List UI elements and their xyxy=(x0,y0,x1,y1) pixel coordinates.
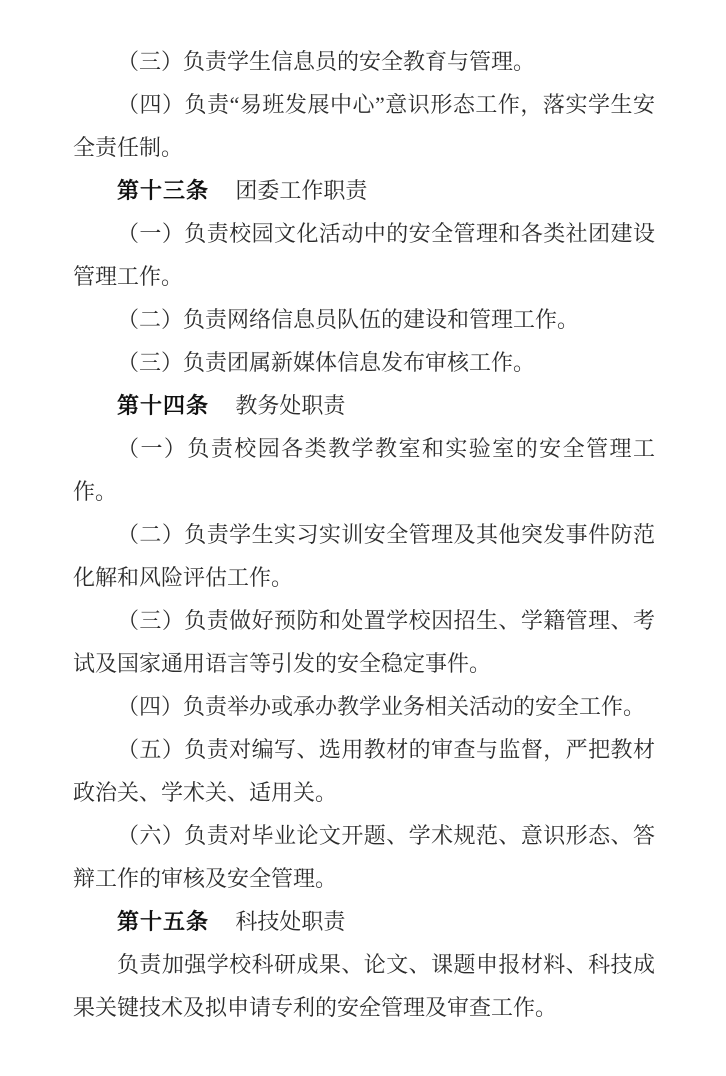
article-number: 第十三条 xyxy=(117,178,209,203)
body-paragraph: （二）负责网络信息员队伍的建设和管理工作。 xyxy=(73,298,655,341)
article-number: 第十五条 xyxy=(117,909,209,934)
article-title: 团委工作职责 xyxy=(235,178,367,203)
body-paragraph: （三）负责团属新媒体信息发布审核工作。 xyxy=(73,341,655,384)
body-paragraph: （三）负责学生信息员的安全教育与管理。 xyxy=(73,40,655,83)
body-paragraph: （一）负责校园文化活动中的安全管理和各类社团建设管理工作。 xyxy=(73,212,655,298)
document-page: （三）负责学生信息员的安全教育与管理。（四）负责“易班发展中心”意识形态工作，落… xyxy=(0,0,726,1076)
body-paragraph: （二）负责学生实习实训安全管理及其他突发事件防范化解和风险评估工作。 xyxy=(73,513,655,599)
body-paragraph: （六）负责对毕业论文开题、学术规范、意识形态、答辩工作的审核及安全管理。 xyxy=(73,814,655,900)
page-footer: 7 xyxy=(0,1002,726,1020)
article-heading: 第十三条团委工作职责 xyxy=(73,169,655,212)
body-paragraph: （五）负责对编写、选用教材的审查与监督，严把教材政治关、学术关、适用关。 xyxy=(73,728,655,814)
article-title: 科技处职责 xyxy=(235,909,345,934)
body-paragraph: （一）负责校园各类教学教室和实验室的安全管理工作。 xyxy=(73,427,655,513)
article-title: 教务处职责 xyxy=(235,393,345,418)
article-number: 第十四条 xyxy=(117,393,209,418)
document-body: （三）负责学生信息员的安全教育与管理。（四）负责“易班发展中心”意识形态工作，落… xyxy=(73,40,655,1029)
article-heading: 第十五条科技处职责 xyxy=(73,900,655,943)
body-paragraph: （四）负责“易班发展中心”意识形态工作，落实学生安全责任制。 xyxy=(73,83,655,169)
article-heading: 第十四条教务处职责 xyxy=(73,384,655,427)
body-paragraph: （三）负责做好预防和处置学校因招生、学籍管理、考试及国家通用语言等引发的安全稳定… xyxy=(73,599,655,685)
body-paragraph: （四）负责举办或承办教学业务相关活动的安全工作。 xyxy=(73,685,655,728)
page-number: 7 xyxy=(360,1004,367,1019)
